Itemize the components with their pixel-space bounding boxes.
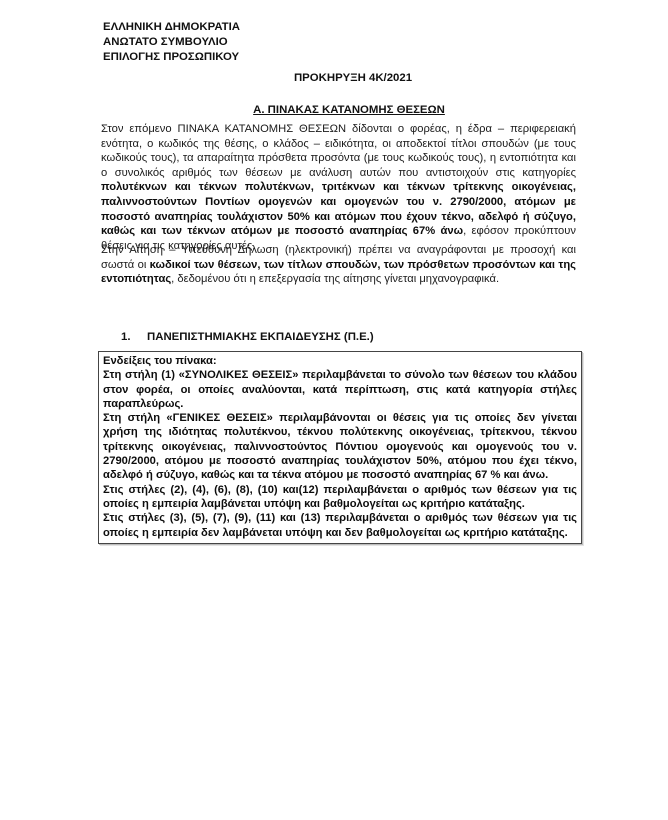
table-note-item: Στις στήλες (2), (4), (6), (8), (10) και… (103, 483, 577, 512)
table-note-item: Στη στήλη (1) «ΣΥΝΟΛΙΚΕΣ ΘΕΣΕΙΣ» περιλαμ… (103, 368, 577, 411)
subsection-title: ΠΑΝΕΠΙΣΤΗΜΙΑΚΗΣ ΕΚΠΑΙΔΕΥΣΗΣ (Π.Ε.) (147, 331, 374, 343)
issuing-organization: ΕΛΛΗΝΙΚΗ ΔΗΜΟΚΡΑΤΙΑ ΑΝΩΤΑΤΟ ΣΥΜΒΟΥΛΙΟ ΕΠ… (103, 20, 240, 65)
application-paragraph: Στην Αίτηση – Υπεύθυνη Δήλωση (ηλεκτρονι… (101, 243, 576, 287)
subsection-heading: 1.ΠΑΝΕΠΙΣΤΗΜΙΑΚΗΣ ΕΚΠΑΙΔΕΥΣΗΣ (Π.Ε.) (121, 331, 374, 343)
org-line-1: ΕΛΛΗΝΙΚΗ ΔΗΜΟΚΡΑΤΙΑ (103, 20, 240, 35)
proclamation-number: ΠΡΟΚΗΡΥΞΗ 4Κ/2021 (0, 72, 668, 84)
table-notes-box: Ενδείξεις του πίνακα: Στη στήλη (1) «ΣΥΝ… (98, 351, 582, 544)
subsection-number: 1. (121, 331, 147, 343)
org-line-2: ΑΝΩΤΑΤΟ ΣΥΜΒΟΥΛΙΟ (103, 35, 240, 50)
table-note-item: Στη στήλη «ΓΕΝΙΚΕΣ ΘΕΣΕΙΣ» περιλαμβάνοντ… (103, 411, 577, 482)
org-line-3: ΕΠΙΛΟΓΗΣ ΠΡΟΣΩΠΙΚΟΥ (103, 50, 240, 65)
application-outro: , δεδομένου ότι η επεξεργασία της αίτηση… (171, 273, 499, 285)
section-a-title: Α. ΠΙΝΑΚΑΣ ΚΑΤΑΝΟΜΗΣ ΘΕΣΕΩΝ (0, 104, 668, 116)
intro-text: Στον επόμενο ΠΙΝΑΚΑ ΚΑΤΑΝΟΜΗΣ ΘΕΣΕΩΝ δίδ… (101, 123, 576, 179)
table-notes-heading: Ενδείξεις του πίνακα: (103, 354, 577, 368)
document-page: ΕΛΛΗΝΙΚΗ ΔΗΜΟΚΡΑΤΙΑ ΑΝΩΤΑΤΟ ΣΥΜΒΟΥΛΙΟ ΕΠ… (0, 0, 668, 820)
intro-paragraph: Στον επόμενο ΠΙΝΑΚΑ ΚΑΤΑΝΟΜΗΣ ΘΕΣΕΩΝ δίδ… (101, 122, 576, 253)
table-note-item: Στις στήλες (3), (5), (7), (9), (11) και… (103, 511, 577, 540)
